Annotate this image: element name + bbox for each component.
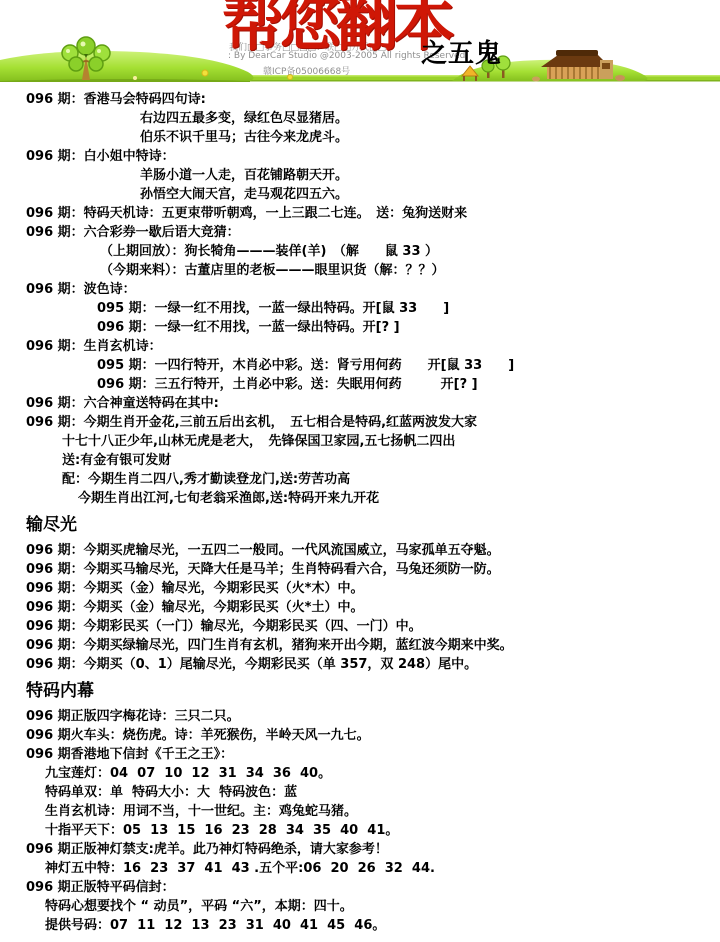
text-line: 095 期：一绿一红不用找，一蓝一绿出特码。开[鼠 33 ] [97,299,720,318]
grass-hill-left [0,51,254,81]
text-line: 096 期：波色诗： [26,280,720,299]
text-line: 096 期：今期生肖开金花,三前五后出玄机， 五七相合是特码,红蓝两波发大家 [26,413,720,432]
section-heading: 特码内幕 [26,681,720,701]
text-line: 096 期：今期买马输尽光，天降大任是马羊；生肖特码看六合，马兔还须防一防。 [26,560,720,579]
text-line: 095 期：一四行特开，木肖必中彩。送：肾亏用何药 开[鼠 33 ] [97,356,720,375]
text-line: 096 期：今期买（金）输尽光，今期彩民买（火*土）中。 [26,598,720,617]
text-line: 送:有金有银可发财 [62,451,720,470]
text-line: 096 期：六合彩券一歇后语大竞猜： [26,223,720,242]
text-line: 096 期正版特平码信封： [26,878,720,897]
text-line: 096 期：六合神童送特码在其中: [26,394,720,413]
text-line: （今期来料）：古董店里的老板———眼里识货（解：？？） [100,261,720,280]
text-line: 096 期正版四字梅花诗：三只二只。 [26,707,720,726]
text-line: （上期回放）：狗长犄角———装佯(羊) （解 鼠 33 ） [100,242,720,261]
text-line: 伯乐不识千里马；古往今来龙虎斗。 [140,128,720,147]
text-line: 096 期：今期买虎输尽光，一五四二一般同。一代风流国威立，马家孤单五夺魁。 [26,541,720,560]
section-heading: 输尽光 [26,515,720,535]
text-line: 特码单双：单 特码大小：大 特码波色：蓝 [45,783,720,802]
banner: 我们□□事务□□□□！联□□方式□□ : By DearCar Studio @… [0,0,720,90]
page-title-suffix: 之五鬼 [421,33,502,70]
text-line: 右边四五最多变，绿红色尽显猪居。 [140,109,720,128]
tip-sheet-content: 096 期：香港马会特码四句诗:右边四五最多变，绿红色尽显猪居。伯乐不识千里马；… [0,90,720,935]
text-line: 配：今期生肖二四八,秀才勤读登龙门,送:劳苦功高 [62,470,720,489]
text-line: 生肖玄机诗：用词不当，十一世纪。主：鸡兔蛇马猪。 [45,802,720,821]
text-line: 096 期：生肖玄机诗： [26,337,720,356]
text-line: 今期生肖出江河,七旬老翁采渔郎,送:特码开来九开花 [78,489,720,508]
text-line: 孙悟空大闹天宫，走马观花四五六。 [140,185,720,204]
lottery-tip-sheet-page: 我们□□事务□□□□！联□□方式□□ : By DearCar Studio @… [0,0,720,942]
text-line: 特码心想要找个 “ 动员”，平码 “六”，本期：四十。 [45,897,720,916]
text-line: 九宝莲灯：04 07 10 12 31 34 36 40。 [45,764,720,783]
page-title: 帮您翻本 [222,0,450,60]
text-line: 提供号码：07 11 12 13 23 31 40 41 45 46。 [45,916,720,935]
text-line: 096 期：今期买绿输尽光，四门生肖有玄机，猪狗来开出今期，蓝红波今期来中奖。 [26,636,720,655]
text-line: 十七十八正少年,山林无虎是老大， 先锋保国卫家园,五七扬帆二四出 [62,432,720,451]
icp-number: 赣ICP备05006668号 [263,64,350,77]
text-line: 羊肠小道一人走，百花铺路朝天开。 [140,166,720,185]
text-line: 096 期正版神灯禁支:虎羊。此乃神灯特码绝杀，请大家参考！ [26,840,720,859]
text-line: 096 期香港地下信封《千王之王》： [26,745,720,764]
text-line: 096 期火车头：烧伤虎。诗：羊死猴伤，半岭天风一九七。 [26,726,720,745]
text-line: 神灯五中特：16 23 37 41 43 .五个平:06 20 26 32 44… [45,859,720,878]
text-line: 096 期：今期买（0、1）尾输尽光，今期彩民买（单 357，双 248）尾中。 [26,655,720,674]
text-line: 十指平天下：05 13 15 16 23 28 34 35 40 41。 [45,821,720,840]
text-line: 096 期：一绿一红不用找，一蓝一绿出特码。开[? ] [97,318,720,337]
text-line: 096 期：三五行特开，土肖必中彩。送：失眠用何药 开[? ] [97,375,720,394]
text-line: 096 期：今期买（金）输尽光，今期彩民买（火*木）中。 [26,579,720,598]
text-line: 096 期：特码天机诗：五更束带听朝鸡，一上三跟二七连。 送：兔狗送财来 [26,204,720,223]
text-line: 096 期：白小姐中特诗： [26,147,720,166]
text-line: 096 期：今期彩民买（一门）输尽光，今期彩民买（四、一门）中。 [26,617,720,636]
text-line: 096 期：香港马会特码四句诗: [26,90,720,109]
